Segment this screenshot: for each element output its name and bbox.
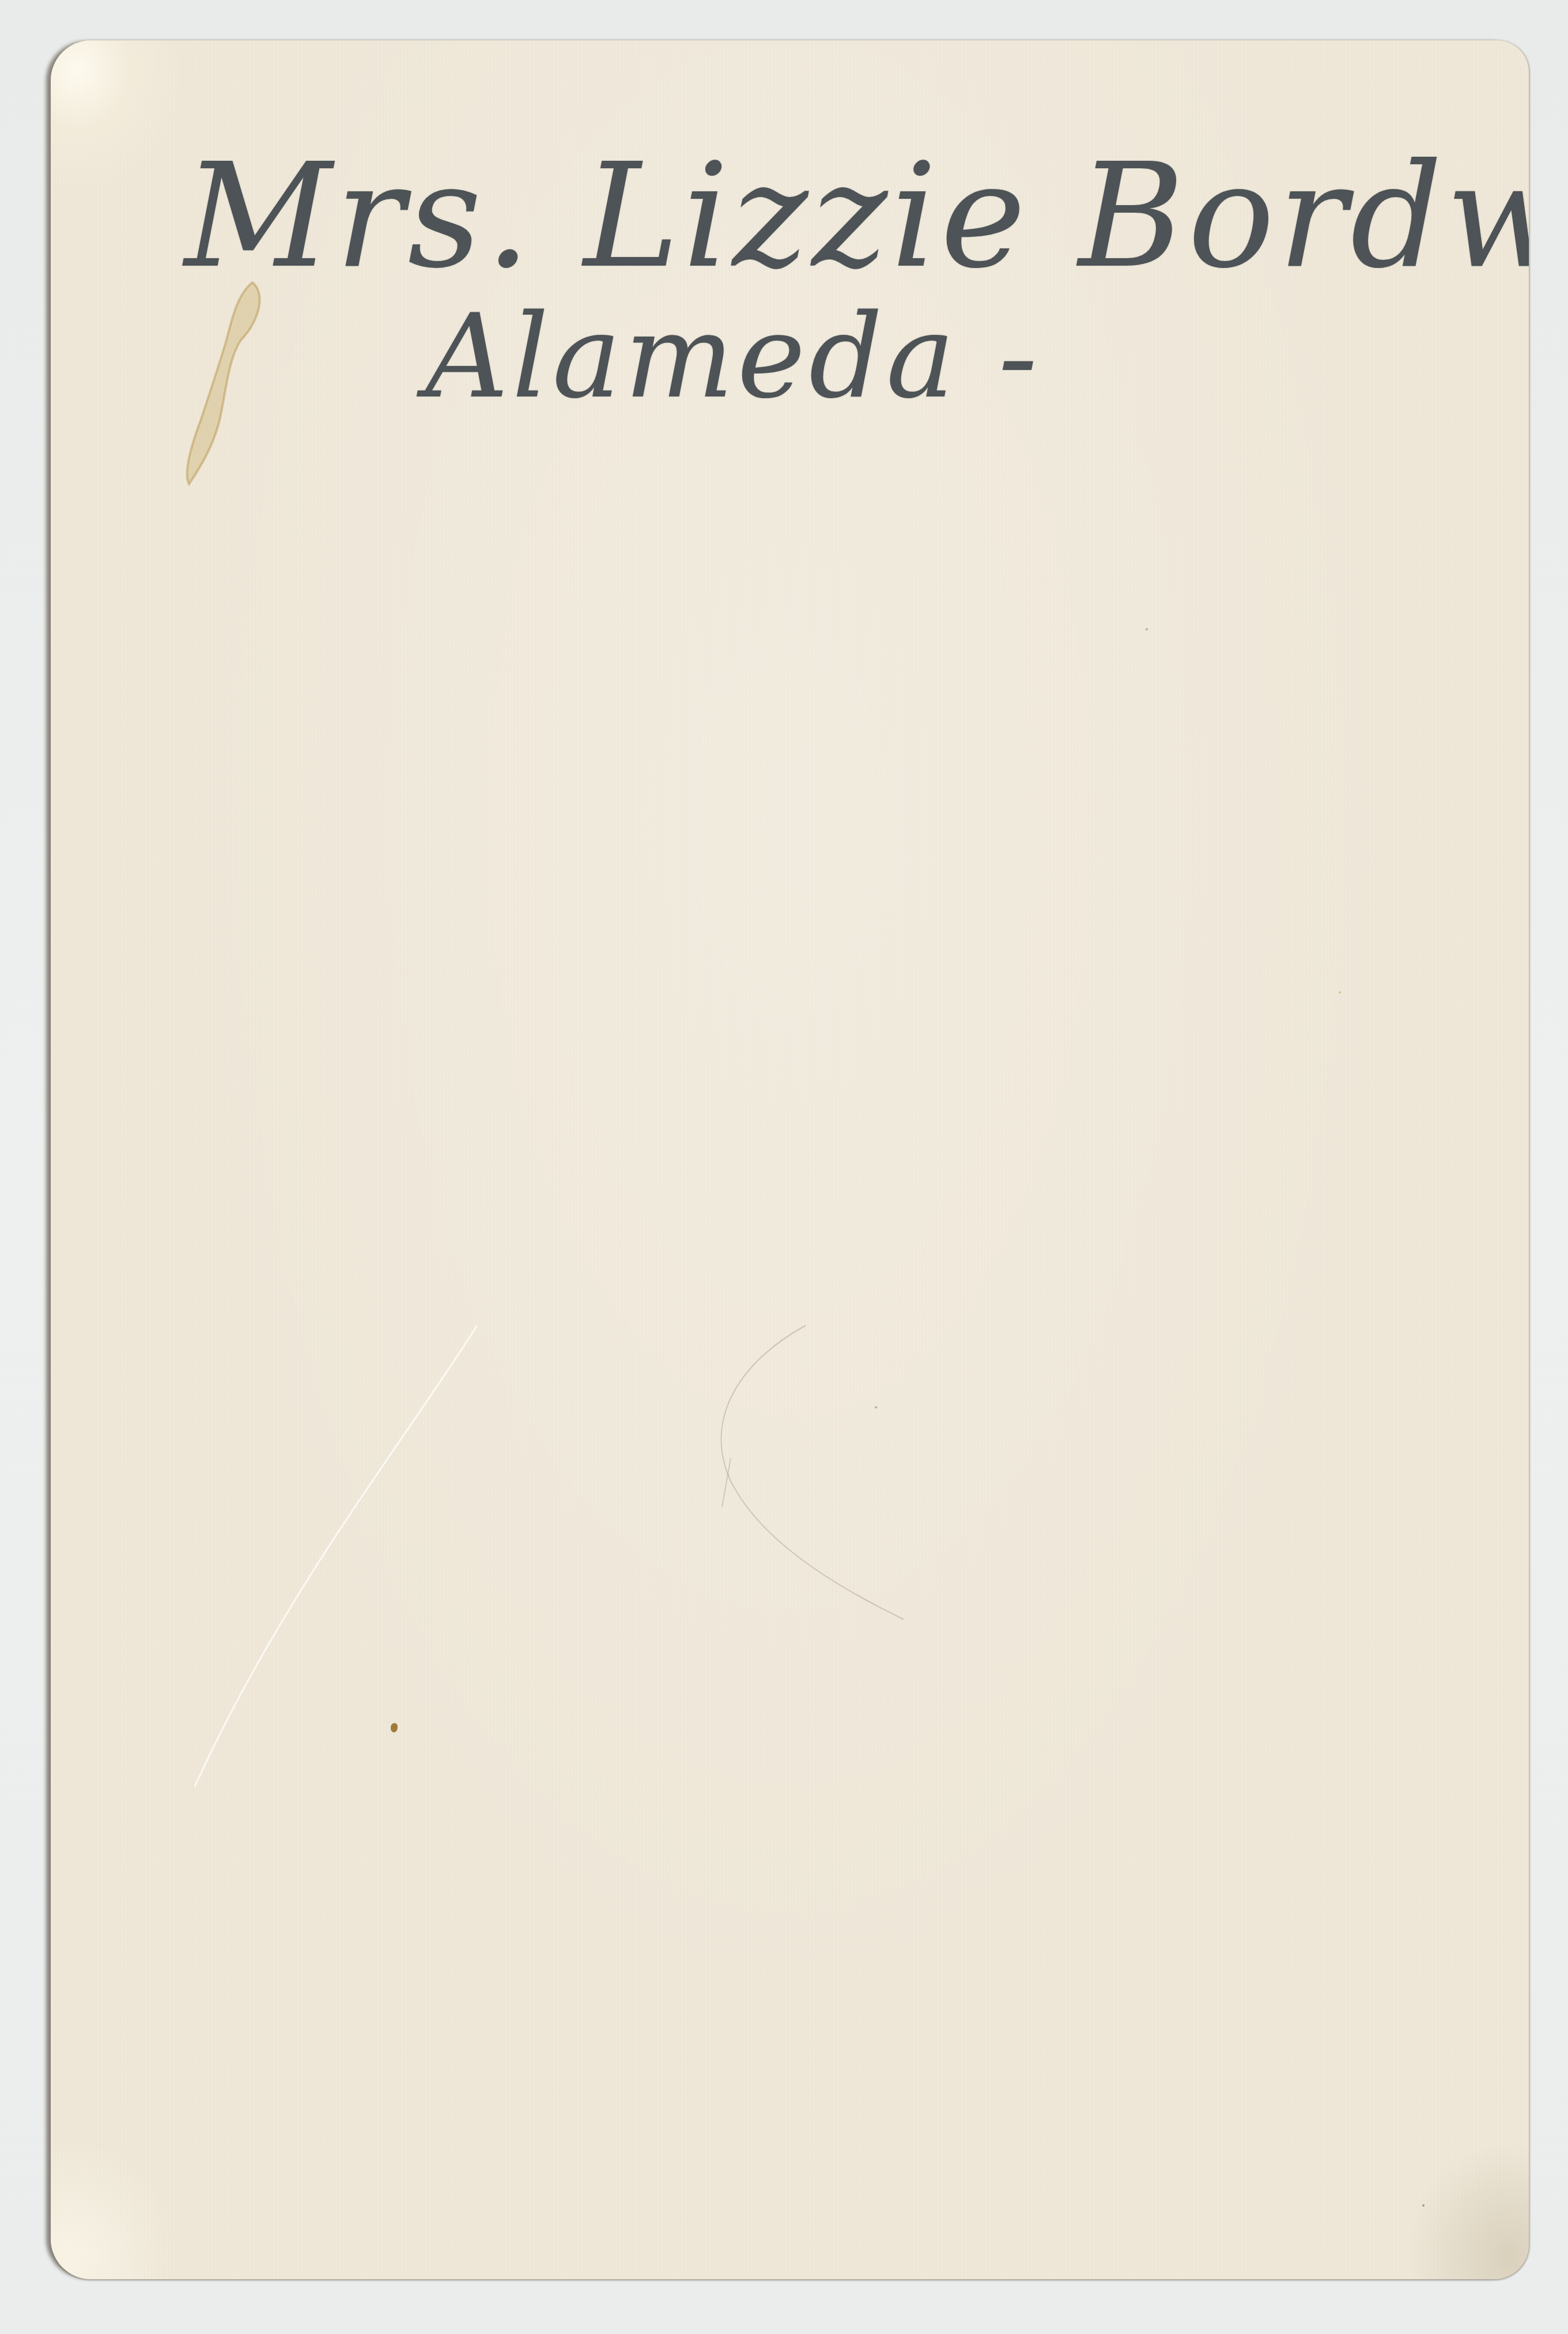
speck — [1422, 2204, 1425, 2207]
corner-wear-bottom-left — [51, 2129, 183, 2279]
handwritten-name: Mrs. Lizzie Bordwell - — [184, 144, 1529, 288]
speck — [875, 1406, 877, 1408]
speck — [1146, 628, 1148, 630]
scan-background: Mrs. Lizzie Bordwell - Alameda - — [0, 0, 1568, 2334]
speck — [1339, 991, 1341, 994]
corner-wear-bottom-right — [1396, 2129, 1529, 2279]
corner-wear-top-left — [51, 40, 183, 190]
handwritten-location: Alameda - — [425, 300, 1041, 415]
cabinet-card-back: Mrs. Lizzie Bordwell - Alameda - — [51, 40, 1529, 2279]
brown-spot — [391, 1723, 398, 1732]
water-stain — [166, 271, 270, 490]
